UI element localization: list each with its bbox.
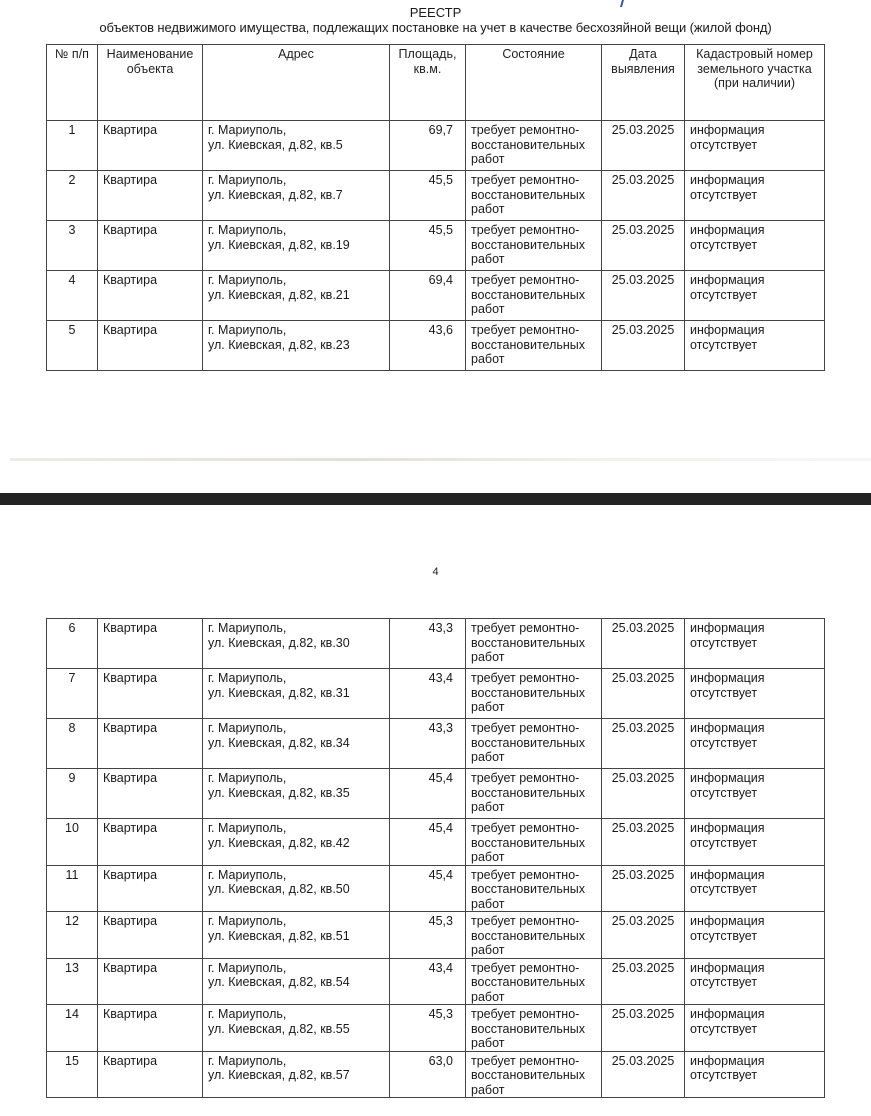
cell-no: 4	[47, 271, 98, 321]
cell-area: 43,3	[390, 719, 466, 769]
cell-cadastre: информация отсутствует	[685, 865, 825, 912]
table-row: 13 Квартира г. Мариуполь,ул. Киевская, д…	[47, 958, 825, 1005]
cell-area-text: 63,0	[429, 1054, 453, 1068]
cell-state-text: требует ремонтно-восстановительных работ	[471, 961, 585, 1004]
cell-no: 7	[47, 669, 98, 719]
cell-name-text: Квартира	[103, 961, 157, 975]
cell-addr2-text: ул. Киевская, д.82, кв.5	[208, 138, 343, 152]
cell-date-text: 25.03.2025	[612, 1007, 675, 1021]
cell-area-text: 45,3	[429, 914, 453, 928]
cell-area: 69,7	[390, 121, 466, 171]
cell-cadastre-text: информация отсутствует	[690, 868, 765, 897]
cell-area-text: 43,4	[429, 671, 453, 685]
table-row: 3 Квартира г. Мариуполь,ул. Киевская, д.…	[47, 221, 825, 271]
cell-name-text: Квартира	[103, 821, 157, 835]
cell-name: Квартира	[98, 769, 203, 819]
page-divider	[0, 493, 871, 505]
cell-addr2-text: ул. Киевская, д.82, кв.50	[208, 882, 350, 896]
cell-addr2-text: ул. Киевская, д.82, кв.21	[208, 288, 350, 302]
page-number: 4	[0, 566, 871, 578]
cell-area-text: 43,3	[429, 621, 453, 635]
cell-cadastre-text: информация отсутствует	[690, 771, 765, 800]
header-address: Адрес	[203, 45, 390, 121]
cell-area: 45,4	[390, 819, 466, 866]
cell-name: Квартира	[98, 669, 203, 719]
cell-state: требует ремонтно-восстановительных работ	[466, 1005, 602, 1052]
cell-addr2-text: ул. Киевская, д.82, кв.51	[208, 929, 350, 943]
cell-name-text: Квартира	[103, 173, 157, 187]
cell-state: требует ремонтно-восстановительных работ	[466, 619, 602, 669]
cell-no-text: 8	[69, 721, 76, 735]
cell-state: требует ремонтно-восстановительных работ	[466, 221, 602, 271]
cell-no: 13	[47, 958, 98, 1005]
header-name: Наименование объекта	[98, 45, 203, 121]
cell-cadastre-text: информация отсутствует	[690, 323, 765, 352]
cell-area-text: 45,3	[429, 1007, 453, 1021]
cell-cadastre: информация отсутствует	[685, 958, 825, 1005]
cell-cadastre-text: информация отсутствует	[690, 1054, 765, 1083]
cell-state: требует ремонтно-восстановительных работ	[466, 865, 602, 912]
cell-addr2-text: ул. Киевская, д.82, кв.57	[208, 1068, 350, 1082]
cell-area: 45,4	[390, 769, 466, 819]
cell-addr1-text: г. Мариуполь,	[208, 273, 286, 287]
cell-address: г. Мариуполь,ул. Киевская, д.82, кв.30	[203, 619, 390, 669]
cell-cadastre-text: информация отсутствует	[690, 671, 765, 700]
cell-date: 25.03.2025	[602, 958, 685, 1005]
cell-cadastre-text: информация отсутствует	[690, 173, 765, 202]
cell-name-text: Квартира	[103, 868, 157, 882]
cell-date: 25.03.2025	[602, 271, 685, 321]
cell-state-text: требует ремонтно-восстановительных работ	[471, 721, 585, 764]
cell-name: Квартира	[98, 958, 203, 1005]
cell-addr1-text: г. Мариуполь,	[208, 868, 286, 882]
cell-area: 45,5	[390, 171, 466, 221]
cell-cadastre-text: информация отсутствует	[690, 961, 765, 990]
header-area: Площадь, кв.м.	[390, 45, 466, 121]
cell-no: 1	[47, 121, 98, 171]
cell-area: 45,5	[390, 221, 466, 271]
cell-addr2-text: ул. Киевская, д.82, кв.30	[208, 636, 350, 650]
document-page-2: 4 6 Квартира г. Мариуполь,ул. Киевская, …	[0, 506, 871, 1116]
cell-cadastre: информация отсутствует	[685, 271, 825, 321]
cell-addr2-text: ул. Киевская, д.82, кв.42	[208, 836, 350, 850]
cell-name: Квартира	[98, 819, 203, 866]
table-header-row: № п/п Наименование объекта Адрес Площадь…	[47, 45, 825, 121]
cell-cadastre: информация отсутствует	[685, 221, 825, 271]
table-row: 6 Квартира г. Мариуполь,ул. Киевская, д.…	[47, 619, 825, 669]
cell-date: 25.03.2025	[602, 719, 685, 769]
cell-area-text: 43,4	[429, 961, 453, 975]
cell-addr1-text: г. Мариуполь,	[208, 123, 286, 137]
cell-name-text: Квартира	[103, 273, 157, 287]
cell-address: г. Мариуполь,ул. Киевская, д.82, кв.57	[203, 1051, 390, 1098]
cell-cadastre-text: информация отсутствует	[690, 223, 765, 252]
cell-area-text: 45,5	[429, 173, 453, 187]
table-row: 2 Квартира г. Мариуполь,ул. Киевская, д.…	[47, 171, 825, 221]
cell-state: требует ремонтно-восстановительных работ	[466, 958, 602, 1005]
cell-no-text: 1	[69, 123, 76, 137]
cell-addr2-text: ул. Киевская, д.82, кв.7	[208, 188, 343, 202]
cell-state-text: требует ремонтно-восстановительных работ	[471, 123, 585, 166]
cell-cadastre-text: информация отсутствует	[690, 123, 765, 152]
cell-date: 25.03.2025	[602, 171, 685, 221]
cell-address: г. Мариуполь,ул. Киевская, д.82, кв.55	[203, 1005, 390, 1052]
cell-cadastre-text: информация отсутствует	[690, 914, 765, 943]
cell-cadastre-text: информация отсутствует	[690, 721, 765, 750]
cell-no-text: 6	[69, 621, 76, 635]
cell-no: 12	[47, 912, 98, 959]
cell-cadastre-text: информация отсутствует	[690, 821, 765, 850]
document-subtitle: объектов недвижимого имущества, подлежащ…	[0, 20, 871, 36]
cell-address: г. Мариуполь,ул. Киевская, д.82, кв.23	[203, 321, 390, 371]
cell-date: 25.03.2025	[602, 1051, 685, 1098]
table-row: 11 Квартира г. Мариуполь,ул. Киевская, д…	[47, 865, 825, 912]
cell-cadastre: информация отсутствует	[685, 669, 825, 719]
cell-date-text: 25.03.2025	[612, 1054, 675, 1068]
cell-no-text: 5	[69, 323, 76, 337]
table-row: 9 Квартира г. Мариуполь,ул. Киевская, д.…	[47, 769, 825, 819]
cell-date: 25.03.2025	[602, 769, 685, 819]
cell-name: Квартира	[98, 271, 203, 321]
cell-no: 2	[47, 171, 98, 221]
cell-state-text: требует ремонтно-восстановительных работ	[471, 671, 585, 714]
cell-date: 25.03.2025	[602, 321, 685, 371]
cell-address: г. Мариуполь,ул. Киевская, д.82, кв.50	[203, 865, 390, 912]
table-row: 12 Квартира г. Мариуполь,ул. Киевская, д…	[47, 912, 825, 959]
cell-state: требует ремонтно-восстановительных работ	[466, 769, 602, 819]
cell-date-text: 25.03.2025	[612, 868, 675, 882]
cell-state: требует ремонтно-восстановительных работ	[466, 321, 602, 371]
cell-cadastre: информация отсутствует	[685, 912, 825, 959]
cell-no: 6	[47, 619, 98, 669]
registry-table-page-1: № п/п Наименование объекта Адрес Площадь…	[46, 44, 825, 371]
cell-date-text: 25.03.2025	[612, 821, 675, 835]
table-row: 15 Квартира г. Мариуполь,ул. Киевская, д…	[47, 1051, 825, 1098]
cell-addr2-text: ул. Киевская, д.82, кв.35	[208, 786, 350, 800]
cell-address: г. Мариуполь,ул. Киевская, д.82, кв.19	[203, 221, 390, 271]
header-no: № п/п	[47, 45, 98, 121]
cell-date-text: 25.03.2025	[612, 323, 675, 337]
cell-name-text: Квартира	[103, 323, 157, 337]
table-row: 8 Квартира г. Мариуполь,ул. Киевская, д.…	[47, 719, 825, 769]
cell-no-text: 4	[69, 273, 76, 287]
cell-name: Квартира	[98, 221, 203, 271]
cell-date-text: 25.03.2025	[612, 173, 675, 187]
cell-addr2-text: ул. Киевская, д.82, кв.55	[208, 1022, 350, 1036]
cell-no-text: 2	[69, 173, 76, 187]
table-row: 7 Квартира г. Мариуполь,ул. Киевская, д.…	[47, 669, 825, 719]
cell-state: требует ремонтно-восстановительных работ	[466, 271, 602, 321]
cell-cadastre: информация отсутствует	[685, 121, 825, 171]
cell-area: 43,4	[390, 669, 466, 719]
table-row: 4 Квартира г. Мариуполь,ул. Киевская, д.…	[47, 271, 825, 321]
cell-area-text: 69,7	[429, 123, 453, 137]
cell-addr1-text: г. Мариуполь,	[208, 1054, 286, 1068]
cell-address: г. Мариуполь,ул. Киевская, д.82, кв.5	[203, 121, 390, 171]
cell-no: 9	[47, 769, 98, 819]
cell-address: г. Мариуполь,ул. Киевская, д.82, кв.54	[203, 958, 390, 1005]
cell-name: Квартира	[98, 1051, 203, 1098]
cell-name: Квартира	[98, 1005, 203, 1052]
cell-name-text: Квартира	[103, 123, 157, 137]
cell-no: 15	[47, 1051, 98, 1098]
cell-cadastre: информация отсутствует	[685, 769, 825, 819]
cell-area: 45,3	[390, 1005, 466, 1052]
cell-date: 25.03.2025	[602, 865, 685, 912]
cell-addr1-text: г. Мариуполь,	[208, 671, 286, 685]
cell-date-text: 25.03.2025	[612, 671, 675, 685]
cell-date-text: 25.03.2025	[612, 621, 675, 635]
cell-addr2-text: ул. Киевская, д.82, кв.31	[208, 686, 350, 700]
cell-state: требует ремонтно-восстановительных работ	[466, 121, 602, 171]
cell-area-text: 69,4	[429, 273, 453, 287]
cell-addr1-text: г. Мариуполь,	[208, 771, 286, 785]
cell-addr1-text: г. Мариуполь,	[208, 173, 286, 187]
cell-no-text: 12	[65, 914, 79, 928]
cell-date-text: 25.03.2025	[612, 273, 675, 287]
cell-no-text: 9	[69, 771, 76, 785]
cell-address: г. Мариуполь,ул. Киевская, д.82, кв.34	[203, 719, 390, 769]
cell-name-text: Квартира	[103, 223, 157, 237]
cell-date-text: 25.03.2025	[612, 223, 675, 237]
cell-address: г. Мариуполь,ул. Киевская, д.82, кв.31	[203, 669, 390, 719]
cell-address: г. Мариуполь,ул. Киевская, д.82, кв.35	[203, 769, 390, 819]
cell-area-text: 45,5	[429, 223, 453, 237]
cell-area-text: 43,3	[429, 721, 453, 735]
cell-name: Квартира	[98, 321, 203, 371]
header-state: Состояние	[466, 45, 602, 121]
cell-no-text: 14	[65, 1007, 79, 1021]
cell-address: г. Мариуполь,ул. Киевская, д.82, кв.7	[203, 171, 390, 221]
cell-no: 11	[47, 865, 98, 912]
cell-state-text: требует ремонтно-восстановительных работ	[471, 223, 585, 266]
cell-address: г. Мариуполь,ул. Киевская, д.82, кв.21	[203, 271, 390, 321]
cell-date-text: 25.03.2025	[612, 914, 675, 928]
cell-cadastre: информация отсутствует	[685, 171, 825, 221]
cell-area-text: 45,4	[429, 868, 453, 882]
cell-name-text: Квартира	[103, 771, 157, 785]
cell-date-text: 25.03.2025	[612, 721, 675, 735]
cell-state-text: требует ремонтно-восстановительных работ	[471, 1054, 585, 1097]
cell-state-text: требует ремонтно-восстановительных работ	[471, 273, 585, 316]
cell-name-text: Квартира	[103, 914, 157, 928]
cell-date: 25.03.2025	[602, 221, 685, 271]
cell-no-text: 10	[65, 821, 79, 835]
cell-cadastre-text: информация отсутствует	[690, 273, 765, 302]
cell-date: 25.03.2025	[602, 121, 685, 171]
cell-state: требует ремонтно-восстановительных работ	[466, 171, 602, 221]
cell-name: Квартира	[98, 719, 203, 769]
cell-state-text: требует ремонтно-восстановительных работ	[471, 323, 585, 366]
cell-addr2-text: ул. Киевская, д.82, кв.23	[208, 338, 350, 352]
cell-area: 45,4	[390, 865, 466, 912]
cell-state-text: требует ремонтно-восстановительных работ	[471, 173, 585, 216]
cell-area: 43,6	[390, 321, 466, 371]
cell-state-text: требует ремонтно-восстановительных работ	[471, 771, 585, 814]
cell-no: 10	[47, 819, 98, 866]
cell-addr1-text: г. Мариуполь,	[208, 961, 286, 975]
cell-addr1-text: г. Мариуполь,	[208, 621, 286, 635]
cell-name-text: Квартира	[103, 721, 157, 735]
cell-area: 43,4	[390, 958, 466, 1005]
table-row: 10 Квартира г. Мариуполь,ул. Киевская, д…	[47, 819, 825, 866]
cell-area: 69,4	[390, 271, 466, 321]
header-date: Дата выявления	[602, 45, 685, 121]
cell-addr2-text: ул. Киевская, д.82, кв.19	[208, 238, 350, 252]
cell-state: требует ремонтно-восстановительных работ	[466, 719, 602, 769]
cell-state: требует ремонтно-восстановительных работ	[466, 669, 602, 719]
cell-addr2-text: ул. Киевская, д.82, кв.34	[208, 736, 350, 750]
cell-date: 25.03.2025	[602, 619, 685, 669]
table-row: 5 Квартира г. Мариуполь,ул. Киевская, д.…	[47, 321, 825, 371]
cell-cadastre: информация отсутствует	[685, 1005, 825, 1052]
cell-area-text: 45,4	[429, 771, 453, 785]
cell-no: 3	[47, 221, 98, 271]
cell-state: требует ремонтно-восстановительных работ	[466, 819, 602, 866]
cell-cadastre-text: информация отсутствует	[690, 1007, 765, 1036]
cell-cadastre: информация отсутствует	[685, 619, 825, 669]
cell-state-text: требует ремонтно-восстановительных работ	[471, 821, 585, 864]
cell-date: 25.03.2025	[602, 1005, 685, 1052]
cell-addr2-text: ул. Киевская, д.82, кв.54	[208, 975, 350, 989]
cell-date-text: 25.03.2025	[612, 123, 675, 137]
document-page-1: РЕЕСТР объектов недвижимого имущества, п…	[0, 0, 871, 478]
cell-name-text: Квартира	[103, 621, 157, 635]
cell-state: требует ремонтно-восстановительных работ	[466, 1051, 602, 1098]
cell-no: 14	[47, 1005, 98, 1052]
cell-area-text: 43,6	[429, 323, 453, 337]
cell-no-text: 7	[69, 671, 76, 685]
registry-table-page-2: 6 Квартира г. Мариуполь,ул. Киевская, д.…	[46, 618, 825, 1098]
cell-date: 25.03.2025	[602, 819, 685, 866]
cell-name: Квартира	[98, 912, 203, 959]
cell-date: 25.03.2025	[602, 912, 685, 959]
cell-name: Квартира	[98, 865, 203, 912]
cell-address: г. Мариуполь,ул. Киевская, д.82, кв.42	[203, 819, 390, 866]
cell-no: 5	[47, 321, 98, 371]
cell-no-text: 11	[66, 868, 79, 882]
cell-cadastre-text: информация отсутствует	[690, 621, 765, 650]
cell-area: 63,0	[390, 1051, 466, 1098]
cell-date-text: 25.03.2025	[612, 961, 675, 975]
cell-cadastre: информация отсутствует	[685, 819, 825, 866]
cell-addr1-text: г. Мариуполь,	[208, 914, 286, 928]
cell-area: 43,3	[390, 619, 466, 669]
cell-address: г. Мариуполь,ул. Киевская, д.82, кв.51	[203, 912, 390, 959]
cell-date-text: 25.03.2025	[612, 771, 675, 785]
cell-date: 25.03.2025	[602, 669, 685, 719]
cell-state-text: требует ремонтно-восстановительных работ	[471, 1007, 585, 1050]
scan-artifact	[10, 458, 871, 461]
header-cadastre: Кадастровый номер земельного участка (пр…	[685, 45, 825, 121]
cell-name: Квартира	[98, 171, 203, 221]
cell-addr1-text: г. Мариуполь,	[208, 1007, 286, 1021]
cell-no-text: 15	[65, 1054, 79, 1068]
cell-cadastre: информация отсутствует	[685, 1051, 825, 1098]
cell-state-text: требует ремонтно-восстановительных работ	[471, 868, 585, 911]
cell-name-text: Квартира	[103, 1054, 157, 1068]
cell-state: требует ремонтно-восстановительных работ	[466, 912, 602, 959]
document-title: РЕЕСТР	[0, 5, 871, 21]
cell-name: Квартира	[98, 121, 203, 171]
cell-addr1-text: г. Мариуполь,	[208, 721, 286, 735]
cell-no-text: 3	[69, 223, 76, 237]
cell-name-text: Квартира	[103, 1007, 157, 1021]
cell-name-text: Квартира	[103, 671, 157, 685]
cell-cadastre: информация отсутствует	[685, 321, 825, 371]
cell-addr1-text: г. Мариуполь,	[208, 821, 286, 835]
cell-state-text: требует ремонтно-восстановительных работ	[471, 621, 585, 664]
cell-area: 45,3	[390, 912, 466, 959]
table-row: 14 Квартира г. Мариуполь,ул. Киевская, д…	[47, 1005, 825, 1052]
cell-name: Квартира	[98, 619, 203, 669]
cell-cadastre: информация отсутствует	[685, 719, 825, 769]
cell-addr1-text: г. Мариуполь,	[208, 223, 286, 237]
table-row: 1 Квартира г. Мариуполь,ул. Киевская, д.…	[47, 121, 825, 171]
cell-addr1-text: г. Мариуполь,	[208, 323, 286, 337]
cell-state-text: требует ремонтно-восстановительных работ	[471, 914, 585, 957]
cell-area-text: 45,4	[429, 821, 453, 835]
cell-no: 8	[47, 719, 98, 769]
cell-no-text: 13	[65, 961, 79, 975]
